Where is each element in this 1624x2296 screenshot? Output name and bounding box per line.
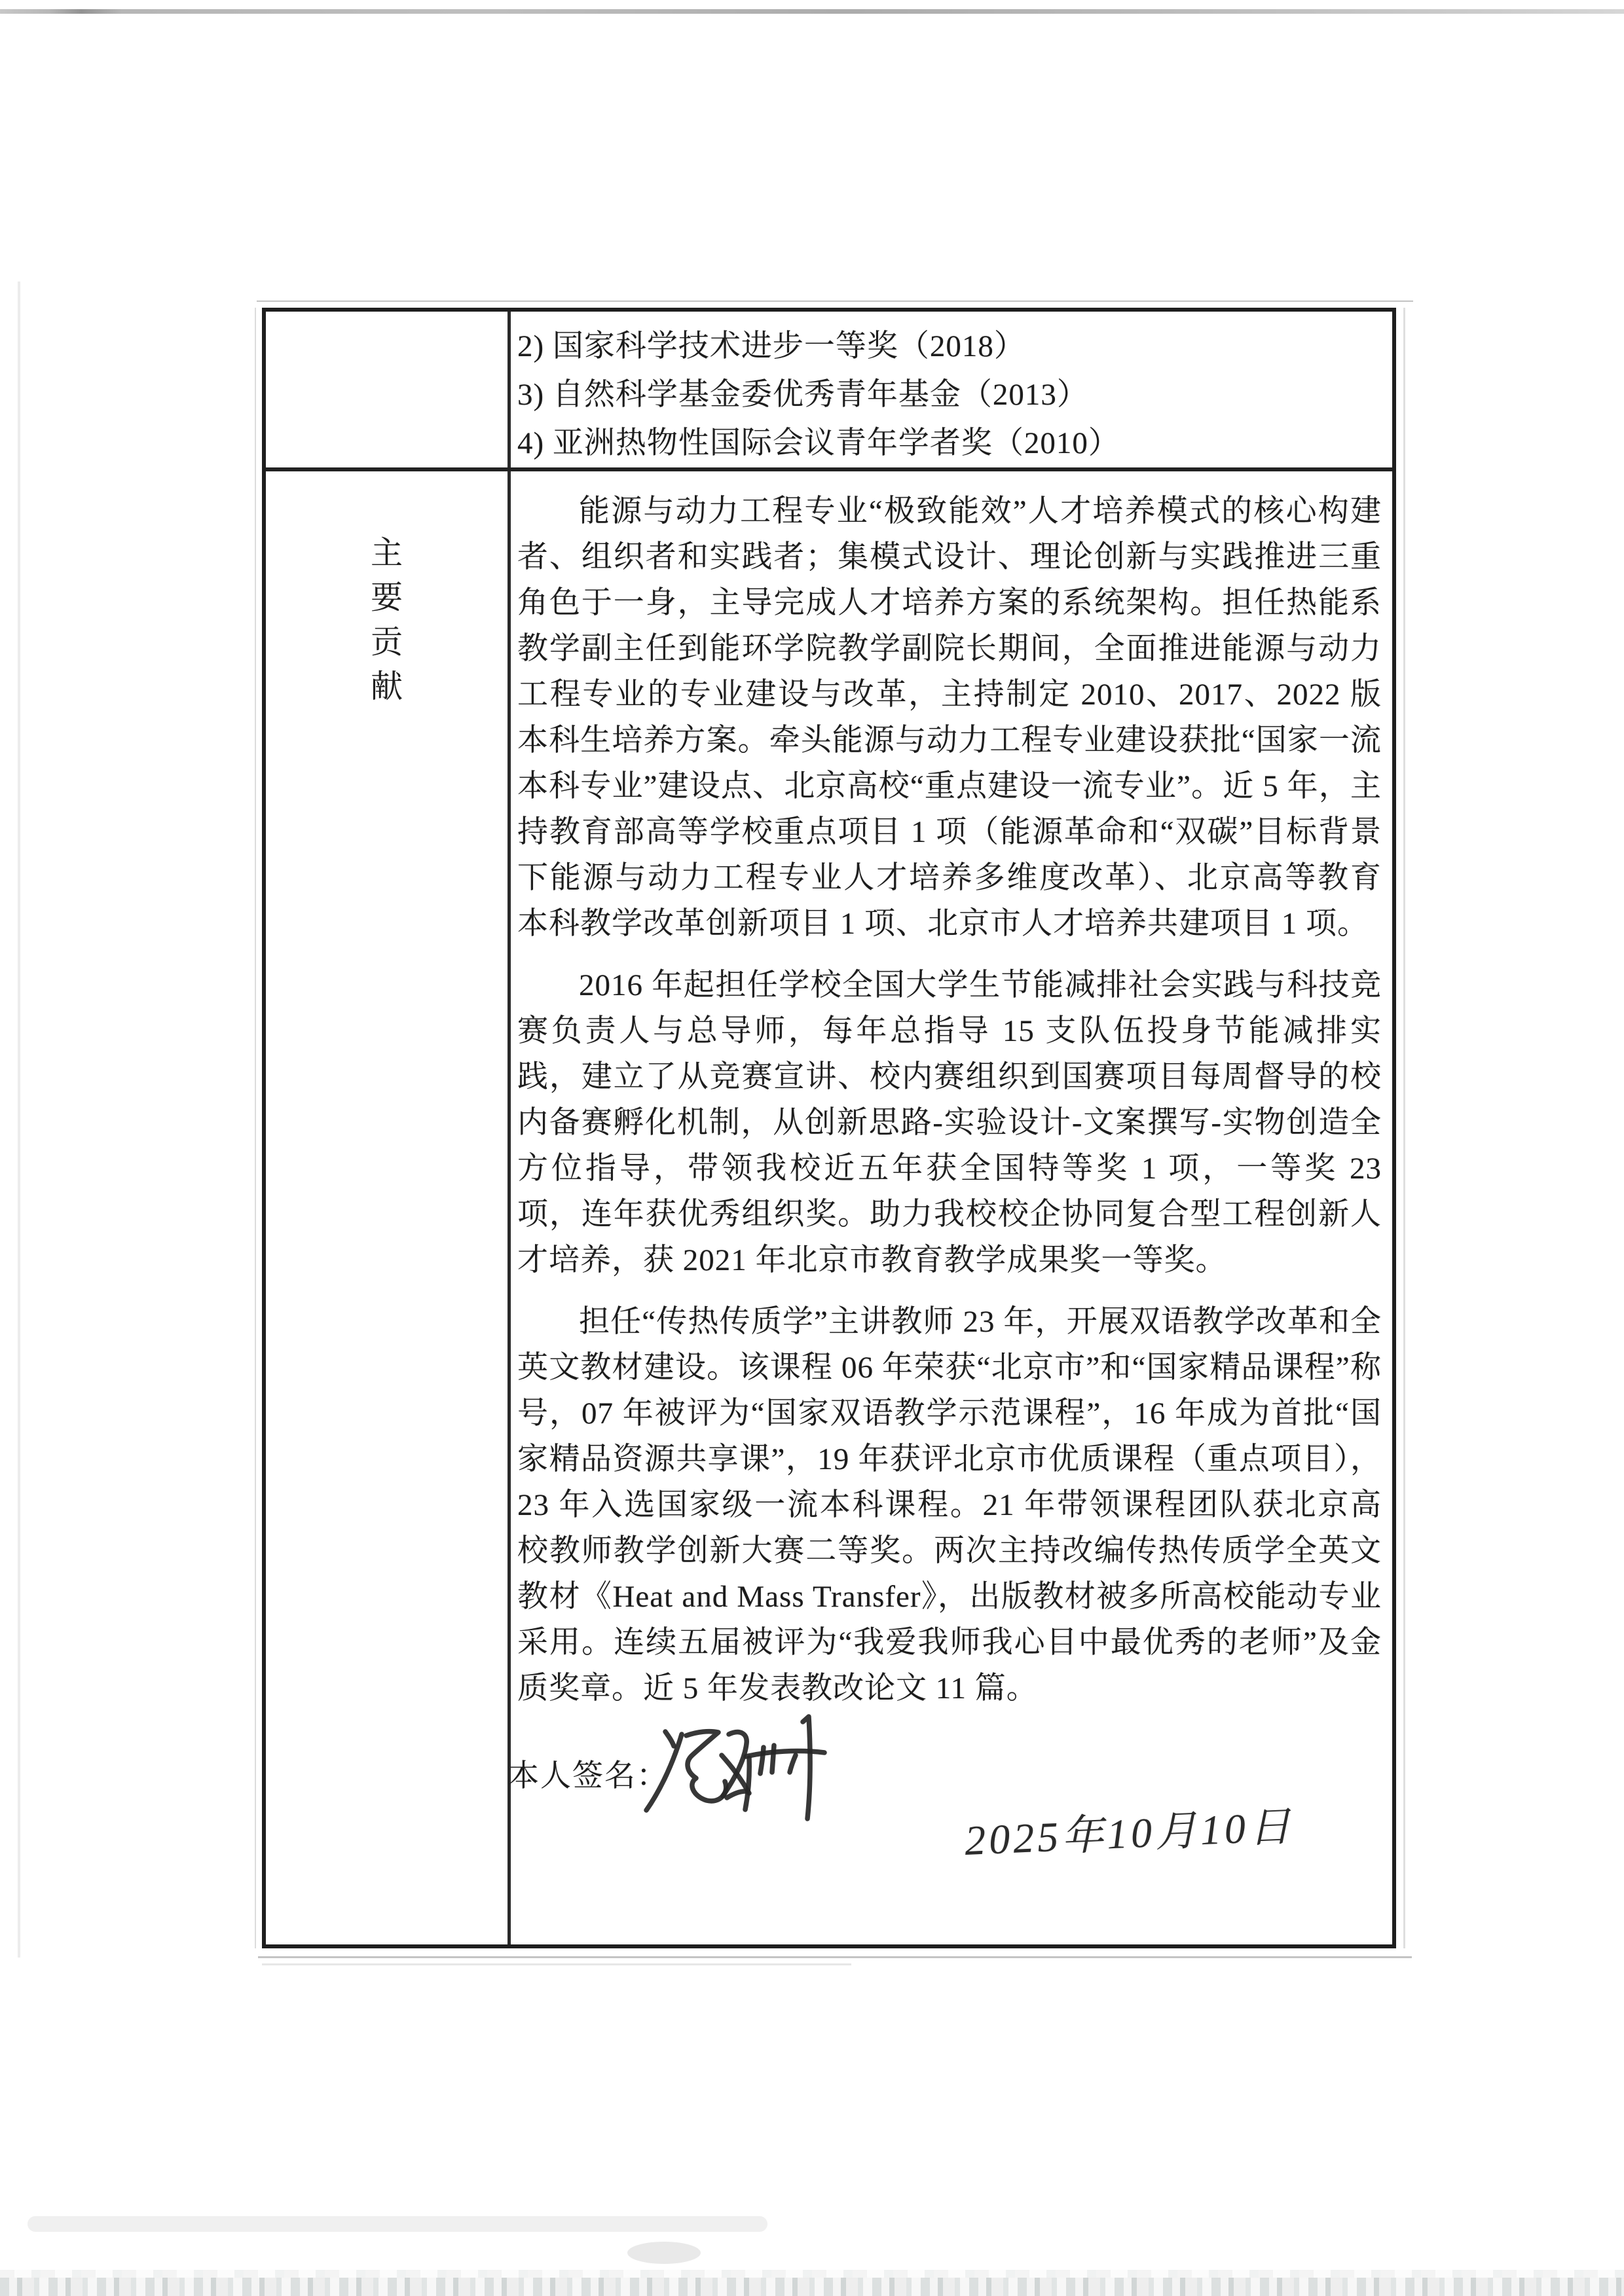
vertical-header-char: 主 xyxy=(371,537,403,570)
signature-name-text: 冯妍卉 xyxy=(517,1727,519,1728)
contribution-paragraph-3: 担任“传热传质学”主讲教师 23 年，开展双语教学改革和全英文教材建设。该课程 … xyxy=(517,1299,1382,1711)
contribution-paragraph-2: 2016 年起担任学校全国大学生节能减排社会实践与科技竞赛负责人与总导师，每年总… xyxy=(517,962,1382,1283)
vertical-header-char: 贡 xyxy=(371,626,403,659)
signature-section: 本人签名： xyxy=(517,1727,1382,1897)
scan-artifact-bottom-noise xyxy=(0,2270,1624,2279)
contribution-table: 2) 国家科学技术进步一等奖（2018） 3) 自然科学基金委优秀青年基金（20… xyxy=(262,308,1396,1948)
scan-artifact-table-top-ghost xyxy=(257,301,1413,302)
scanned-form-page: 2) 国家科学技术进步一等奖（2018） 3) 自然科学基金委优秀青年基金（20… xyxy=(0,0,1624,2296)
main-contribution-header-cell: 主 要 贡 献 xyxy=(266,471,511,1944)
award-list-item: 2) 国家科学技术进步一等奖（2018） xyxy=(517,322,1382,371)
contribution-paragraph-1: 能源与动力工程专业“极致能效”人才培养模式的核心构建者、组织者和实践者；集模式设… xyxy=(517,488,1382,947)
scan-artifact-right-border-ghost xyxy=(1403,308,1405,1948)
awards-continuation-row: 2) 国家科学技术进步一等奖（2018） 3) 自然科学基金委优秀青年基金（20… xyxy=(266,312,1392,471)
scan-artifact-left-shadow xyxy=(18,282,20,1958)
award-list-item: 4) 亚洲热物性国际会议青年学者奖（2010） xyxy=(517,419,1382,467)
main-contribution-row: 主 要 贡 献 能源与动力工程专业“极致能效”人才培养模式的核心构建者、组织者和… xyxy=(266,471,1392,1944)
vertical-header-char: 要 xyxy=(371,581,403,614)
signature-handwriting xyxy=(624,1669,899,1866)
scan-artifact-gray-band xyxy=(28,2216,767,2232)
scan-artifact-top-edge xyxy=(0,9,1624,14)
awards-row-header-cell-empty xyxy=(266,312,511,467)
scan-artifact-left-border-ghost xyxy=(255,308,256,1948)
award-list-item: 3) 自然科学基金委优秀青年基金（2013） xyxy=(517,371,1382,419)
scan-artifact-bottom-noise xyxy=(0,2278,1624,2296)
scan-artifact-gray-blob xyxy=(627,2242,701,2264)
scan-artifact-streak xyxy=(262,1963,851,1965)
awards-list-cell: 2) 国家科学技术进步一等奖（2018） 3) 自然科学基金委优秀青年基金（20… xyxy=(511,312,1392,467)
signature-date-handwritten: 2025年10月10日 xyxy=(964,1804,1295,1864)
contribution-content-cell: 能源与动力工程专业“极致能效”人才培养模式的核心构建者、组织者和实践者；集模式设… xyxy=(511,471,1392,1944)
scan-artifact-bottom-ghost xyxy=(258,1956,1412,1958)
vertical-header-char: 献 xyxy=(371,670,403,703)
